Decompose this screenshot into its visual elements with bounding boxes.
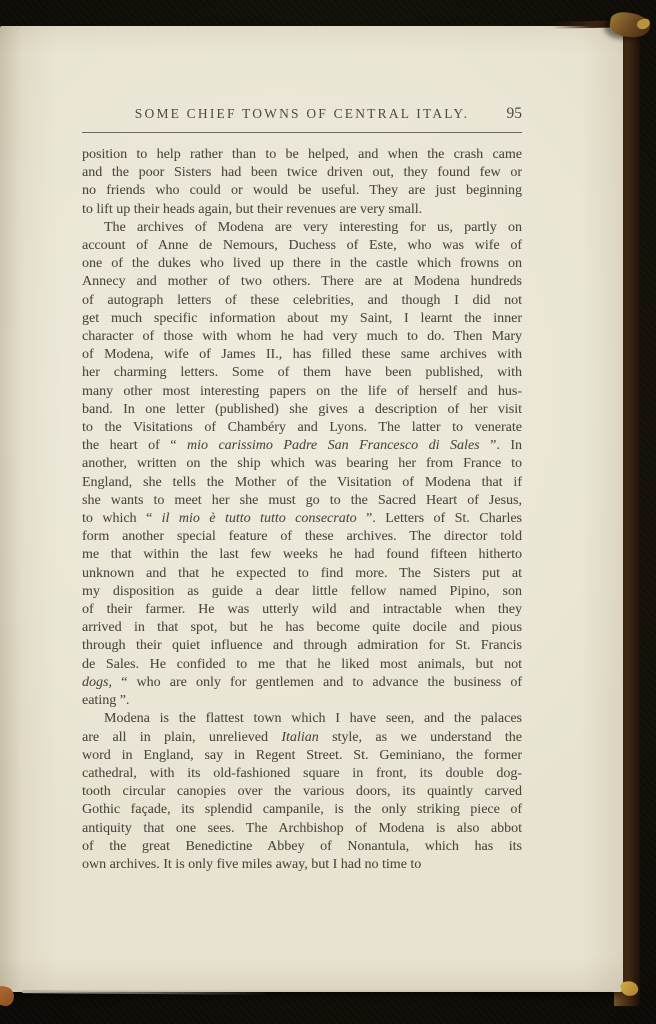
- text-line: through their quiet influence and throug…: [82, 637, 522, 655]
- text-line: tooth circular canopies over the various…: [82, 783, 522, 801]
- text-line: de Sales. He confided to me that he like…: [82, 656, 522, 674]
- book-page: SOME CHIEF TOWNS OF CENTRAL ITALY. 95 po…: [0, 26, 623, 990]
- text-line: her charming letters. Some of them have …: [82, 364, 522, 382]
- text-line: position to help rather than to be helpe…: [82, 146, 522, 164]
- paragraph: Modena is the flattest town which I have…: [82, 710, 522, 874]
- text-line: and the poor Sisters had been twice driv…: [82, 164, 522, 182]
- text-line: to the Visitations of Chambéry and Lyons…: [82, 419, 522, 437]
- paragraph: position to help rather than to be helpe…: [82, 146, 522, 219]
- text-line: band. In one letter (published) she give…: [82, 401, 522, 419]
- text-line: of autograph letters of these celebritie…: [82, 292, 522, 310]
- text-line: of their farmer. He was utterly wild and…: [82, 601, 522, 619]
- paragraph: The archives of Modena are very interest…: [82, 219, 522, 710]
- text-line: arrived in that spot, but he has become …: [82, 619, 522, 637]
- text-line: own archives. It is only five miles away…: [82, 856, 522, 874]
- text-line: unknown and that he expected to find mor…: [82, 565, 522, 583]
- text-line: cathedral, with its old-fashioned square…: [82, 765, 522, 783]
- text-line: dogs, “ who are only for gentlemen and t…: [82, 674, 522, 692]
- page-content: SOME CHIEF TOWNS OF CENTRAL ITALY. 95 po…: [82, 26, 522, 874]
- text-line: are all in plain, unrelieved Italian sty…: [82, 729, 522, 747]
- text-line: The archives of Modena are very interest…: [82, 219, 522, 237]
- page-number: 95: [507, 105, 523, 123]
- text-line: of the great Benedictine Abbey of Nonant…: [82, 838, 522, 856]
- text-line: many other most interesting papers on th…: [82, 383, 522, 401]
- text-line: form another special feature of these ar…: [82, 528, 522, 546]
- text-line: Gothic façade, its splendid campanile, i…: [82, 801, 522, 819]
- text-line: the heart of “ mio carissimo Padre San F…: [82, 437, 522, 455]
- text-line: word in England, say in Regent Street. S…: [82, 747, 522, 765]
- text-line: to which “ il mio è tutto tutto consecra…: [82, 510, 522, 528]
- text-line: eating ”.: [82, 692, 522, 710]
- running-title: SOME CHIEF TOWNS OF CENTRAL ITALY.: [135, 106, 469, 121]
- text-line: Modena is the flattest town which I have…: [82, 710, 522, 728]
- text-line: account of Anne de Nemours, Duchess of E…: [82, 237, 522, 255]
- header-rule: [82, 132, 522, 133]
- text-line: my disposition as guide a dear little fe…: [82, 583, 522, 601]
- text-line: she wants to meet her she must go to the…: [82, 492, 522, 510]
- text-line: character of those with whom he had very…: [82, 328, 522, 346]
- body-text: position to help rather than to be helpe…: [82, 146, 522, 874]
- text-line: to lift up their heads again, but their …: [82, 201, 522, 219]
- running-header: SOME CHIEF TOWNS OF CENTRAL ITALY. 95: [82, 106, 522, 123]
- text-line: get much specific information about my S…: [82, 310, 522, 328]
- text-line: antiquity that one sees. The Archbishop …: [82, 820, 522, 838]
- text-line: no friends who could or would be useful.…: [82, 182, 522, 200]
- text-line: Annecy and mother of two others. There a…: [82, 273, 522, 291]
- text-line: of Modena, wife of James II., has filled…: [82, 346, 522, 364]
- text-line: England, she tells the Mother of the Vis…: [82, 474, 522, 492]
- text-line: me that within the last few weeks he had…: [82, 546, 522, 564]
- text-line: another, written on the ship which was b…: [82, 455, 522, 473]
- text-line: one of the dukes who lived up there in t…: [82, 255, 522, 273]
